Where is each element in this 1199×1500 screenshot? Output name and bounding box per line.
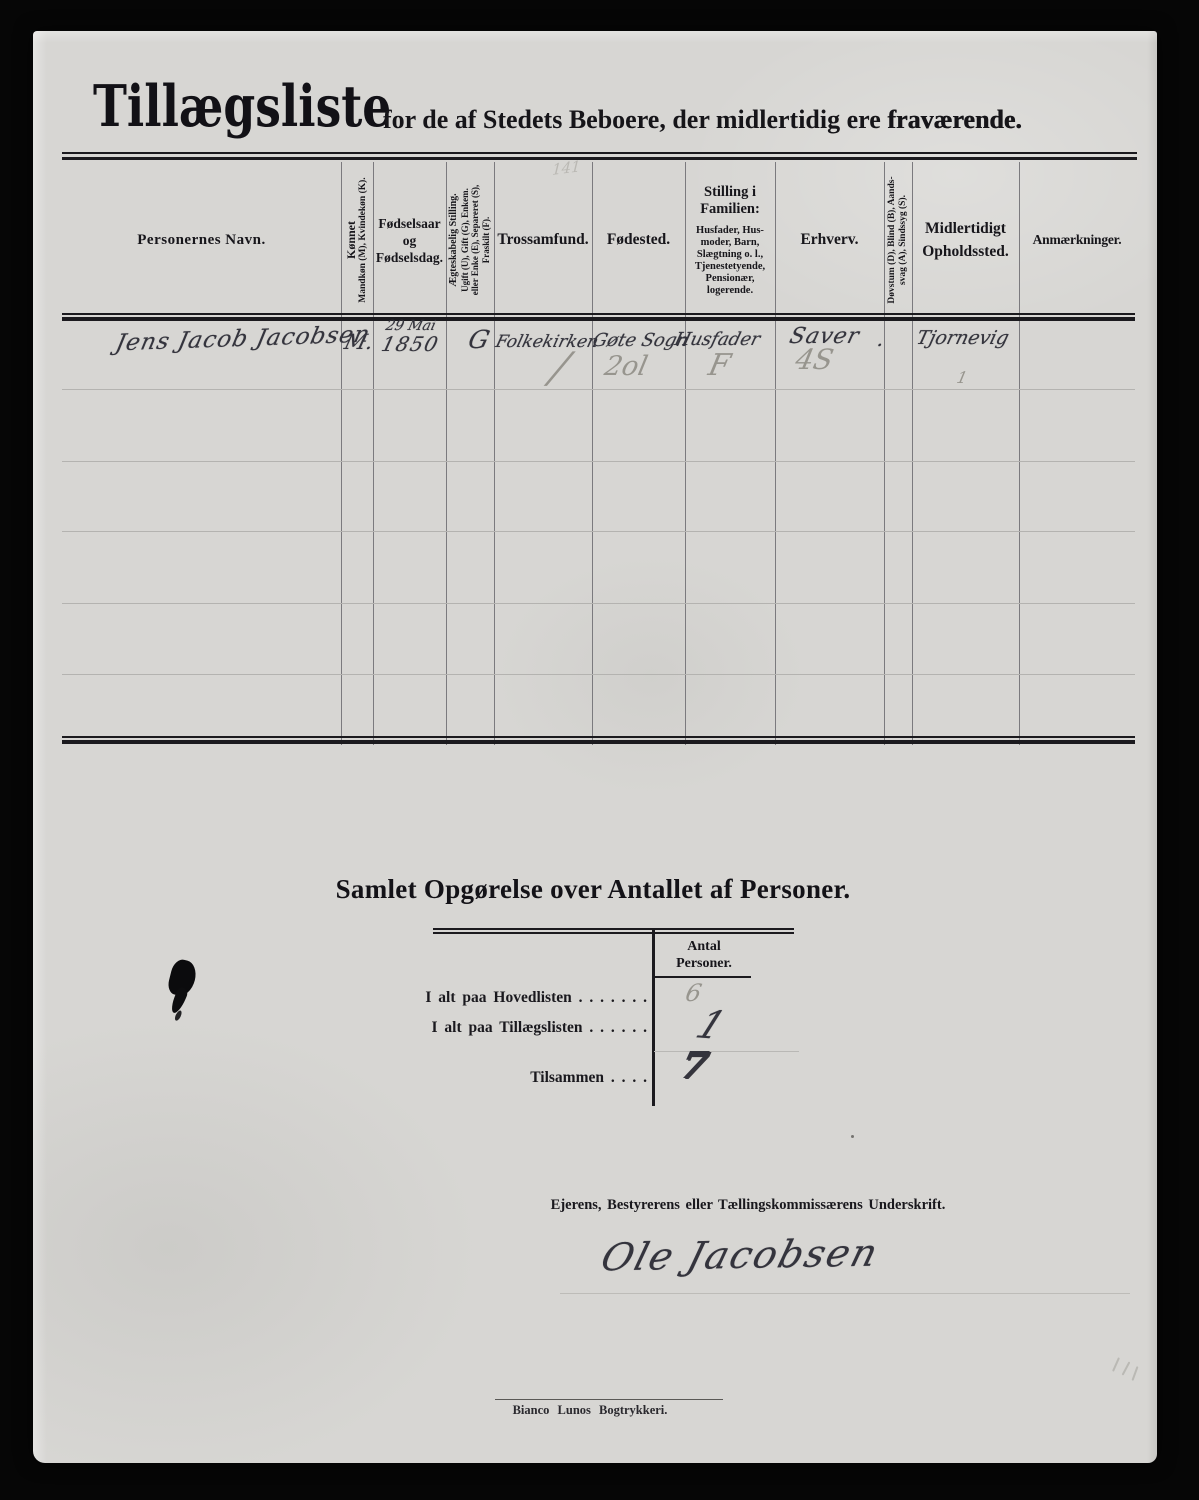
signature-baseline: [560, 1293, 1130, 1294]
table-row-line: [62, 461, 1135, 462]
column-header-remarks: Anmærkninger.: [1019, 162, 1135, 318]
column-header-marital-line3: eller Enke (E), Separeret (S),: [470, 163, 481, 317]
column-header-marital-line1: Ægteskabelig Stilling.: [449, 163, 460, 317]
column-header-residence-line2: Opholdssted.: [922, 240, 1009, 263]
column-header-birthplace: Fødested.: [592, 162, 685, 318]
pencil-scribble: [1131, 1366, 1138, 1381]
summary-column-header-line1: Antal: [654, 938, 754, 955]
table-row-line: [62, 531, 1135, 532]
table-bottom-rule-thin: [62, 736, 1135, 738]
column-header-sex-line1: Kønnet: [345, 163, 357, 317]
summary-separator-line: [654, 1051, 799, 1052]
column-header-marital-line2: Ugift (U), Gift (G), Enkem.: [460, 163, 471, 317]
column-header-birthdate: Fødselsaar og Fødselsdag.: [373, 162, 446, 318]
column-header-marital: Ægteskabelig Stilling. Ugift (U), Gift (…: [446, 162, 494, 318]
summary-row-main-list-label: I alt paa Hovedlisten . . . . . . .: [327, 989, 647, 1007]
summary-rule-top2: [433, 932, 794, 934]
row1-sex: M.: [342, 330, 376, 354]
column-header-family-line2: Familien:: [700, 201, 760, 218]
summary-value-supplement-list: 1: [690, 1002, 733, 1048]
summary-title: Samlet Opgørelse over Antallet af Person…: [283, 874, 903, 905]
page-subtitle: for de af Stedets Beboere, der midlertid…: [383, 105, 1103, 135]
paper-sheet: Tillægsliste for de af Stedets Beboere, …: [33, 31, 1157, 1463]
summary-value-main-list: 6: [683, 979, 704, 1007]
column-header-disability-line2: svag (A), Sindssyg (S).: [898, 163, 909, 317]
column-header-name: Personernes Navn.: [62, 162, 341, 318]
column-header-family-position: Stilling i Familien: Husfader, Hus- mode…: [685, 162, 775, 318]
page-subtitle-emphasis: fraværende.: [887, 105, 1022, 134]
column-header-family-line1: Stilling i: [704, 184, 756, 201]
table-row-line: [62, 674, 1135, 675]
column-header-occupation: Erhverv.: [775, 162, 884, 318]
printer-imprint: Bianco Lunos Bogtrykkeri.: [445, 1403, 735, 1418]
column-header-birthdate-line1: Fødselsaar: [378, 215, 440, 232]
column-header-disability: Døvstum (D), Blind (B), Aands- svag (A),…: [884, 162, 912, 318]
column-header-disability-line1: Døvstum (D), Blind (B), Aands-: [887, 163, 898, 317]
row1-pencil-birthplace: 2ol: [602, 351, 651, 382]
table-row-line: [62, 603, 1135, 604]
summary-column-header-line2: Personer.: [654, 955, 754, 972]
column-header-family-sub: Husfader, Hus- moder, Barn, Slægtning o.…: [695, 225, 765, 297]
column-header-sex-line2: Mandkøn (M), Kvindekøn (K).: [357, 163, 369, 317]
column-header-marital-line4: Fraskilt (F).: [481, 163, 492, 317]
title-rule-thick: [62, 157, 1137, 160]
row1-pencil-occupation: 4S: [792, 343, 836, 376]
page-subtitle-text: for de af Stedets Beboere, der midlertid…: [383, 105, 881, 134]
summary-row-total-label: Tilsammen . . . .: [327, 1069, 647, 1087]
table-row-line: [62, 389, 1135, 390]
column-header-birthdate-line3: Fødselsdag.: [376, 249, 443, 266]
scanned-census-page: { "page": { "title": "Tillægsliste", "su…: [0, 0, 1199, 1500]
paper-speck: [851, 1135, 854, 1138]
summary-value-total: 7: [676, 1043, 713, 1087]
row1-family-position: Husfader: [672, 329, 762, 350]
summary-row-supplement-list-label: I alt paa Tillægslisten . . . . . .: [327, 1019, 647, 1037]
table-bottom-rule-thick: [62, 740, 1135, 744]
page-title: Tillægsliste: [93, 77, 391, 137]
pencil-scribble: [1112, 1357, 1120, 1372]
signature-label: Ejerens, Bestyrerens eller Tællingskommi…: [548, 1197, 948, 1214]
summary-column-header: Antal Personer.: [654, 938, 754, 972]
census-table: Personernes Navn. KønnetMandkøn (M), Kvi…: [62, 162, 1135, 745]
pencil-scribble: [1122, 1361, 1131, 1375]
summary-header-underline: [655, 976, 751, 978]
column-header-residence-line1: Midlertidigt: [925, 217, 1006, 240]
row1-religion: Folkekirken: [494, 332, 601, 352]
title-rule-thin: [62, 152, 1137, 154]
row1-temporary-residence: Tjornevig: [914, 327, 1011, 349]
column-header-sex: KønnetMandkøn (M), Kvindekøn (K).: [341, 162, 373, 318]
summary-rule-top1: [433, 928, 794, 930]
column-header-birthdate-line2: og: [403, 232, 417, 249]
ink-blot: [166, 958, 199, 999]
footer-rule: [495, 1399, 723, 1400]
row1-birth-year: 1850: [379, 332, 442, 356]
column-header-temporary-residence: Midlertidigt Opholdssted.: [912, 162, 1019, 318]
column-header-religion: Trossamfund.: [494, 162, 592, 318]
signature-name: Ole Jacobsen: [596, 1231, 884, 1280]
